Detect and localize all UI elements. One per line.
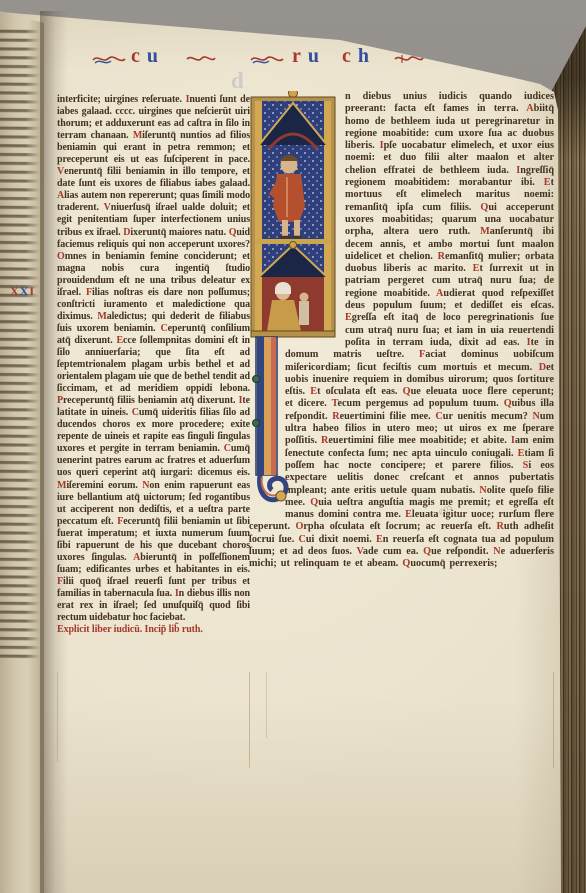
text-segment: ue reſpondit.: [431, 546, 493, 557]
text-segment: Q: [504, 398, 512, 409]
text-segment: A: [526, 103, 533, 114]
text-segment: Q: [403, 386, 411, 397]
text-segment: C: [435, 411, 442, 422]
text-segment: V: [104, 202, 111, 213]
running-header-ch: ch: [342, 46, 376, 66]
text-segment: C: [161, 323, 168, 334]
running-header-left: cu: [131, 46, 165, 66]
header-letter: u: [308, 45, 326, 67]
text-segment: euertimini filie mee moabitide; et abite…: [328, 435, 510, 446]
text-segment: E: [345, 312, 352, 323]
chapter-letter: X: [20, 284, 30, 298]
pen-flourish: [250, 52, 284, 66]
text-segment: Q: [423, 546, 431, 557]
text-segment: ade cum ea.: [363, 546, 423, 557]
text-segment: uocumq̄ perrexeris;: [410, 558, 497, 569]
text-column-right: n diebus unius iudicis quando iudices pr…: [249, 91, 554, 675]
ruling-line: [57, 672, 58, 762]
recto-page: cu d ru ch .96. interficite; uirg: [0, 0, 586, 893]
text-segment: E: [544, 177, 551, 188]
text-segment: R: [496, 521, 503, 532]
text-segment: greſſa eſt itaq̄ de loco peregrinationis…: [345, 312, 554, 348]
text-segment: receperuntq̄ filiis beniamin atq̄ dixeru…: [63, 395, 239, 406]
chapter-number-xxi: XXI: [10, 284, 35, 299]
chapter-letter: X: [10, 284, 20, 298]
explicit-incipit-rubric: Explicit liber iudicū. Incip̃ lib̃ ruth.: [57, 624, 250, 636]
illuminated-initial-I: [249, 91, 339, 507]
header-letter: r: [292, 45, 308, 67]
text-segment: interficite; uirgines reſeruate.: [57, 94, 186, 105]
header-letter: c: [131, 45, 147, 67]
text-segment: C: [224, 443, 231, 454]
text-segment: R: [438, 251, 445, 262]
text-segment: C: [132, 407, 139, 418]
text-segment: iſeremini eorum.: [66, 480, 142, 491]
text-segment: N: [479, 485, 486, 496]
text-segment: M: [57, 480, 66, 491]
text-segment: ur uenitis mecum?: [443, 411, 533, 422]
text-segment: N: [533, 411, 540, 422]
text-segment: n diebus unius iudicis quando iudices pr…: [345, 91, 554, 114]
header-letter: h: [358, 45, 376, 67]
running-header-ru: ru: [292, 46, 326, 66]
text-segment: N: [493, 546, 500, 557]
offset-ghost-letter: d: [231, 68, 244, 94]
ruling-line: [266, 672, 267, 738]
left-column-text: interficite; uirgines reſeruate. Inuenti…: [57, 94, 250, 623]
text-segment: eneruntq̄ filii beniamin in illo tempore…: [57, 166, 250, 189]
text-segment: ui dixit noemi.: [306, 534, 376, 545]
left-page-text-lines: [0, 25, 41, 663]
text-column-left: interficite; uirgines reſeruate. Inuenti…: [57, 94, 250, 674]
left-page-edge: [0, 11, 44, 893]
text-segment: ixeruntq̄ maiores natu.: [130, 227, 228, 238]
header-letter: c: [342, 45, 358, 67]
text-segment: M: [97, 311, 106, 322]
text-segment: M: [480, 226, 490, 237]
manuscript-photo: cu d ru ch .96. interficite; uirg: [0, 0, 586, 893]
text-segment: D: [539, 362, 546, 373]
text-segment: E: [405, 509, 412, 520]
text-segment: E: [376, 534, 383, 545]
initial-tail: [253, 337, 287, 501]
text-segment: M: [133, 130, 142, 141]
header-letter: u: [147, 45, 165, 67]
chapter-letter: I: [29, 284, 35, 298]
ruling-line: [249, 672, 250, 768]
ruling-line: [553, 672, 554, 768]
pen-flourish: [186, 52, 216, 66]
text-segment: rpha oſculata eſt ſocrum; ac reuerſa eſt…: [303, 521, 496, 532]
pen-flourish: [92, 52, 126, 66]
text-segment: O: [57, 251, 65, 262]
text-segment: ecum pergemus ad populum tuum.: [338, 398, 504, 409]
text-segment: euertimini filie mee.: [340, 411, 436, 422]
text-segment: C: [298, 534, 305, 545]
